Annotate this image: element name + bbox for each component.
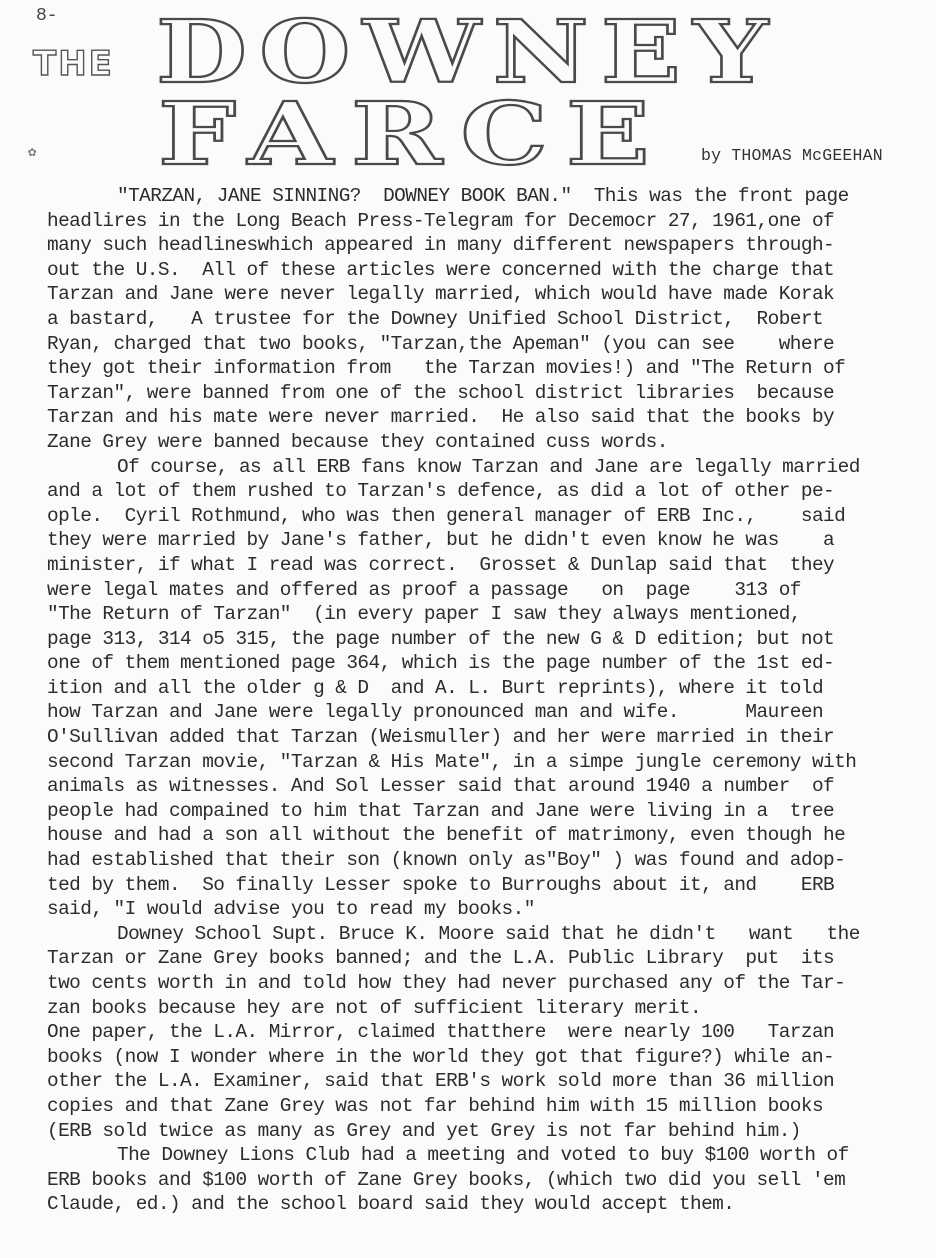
article-line: they were married by Jane's father, but … xyxy=(47,528,936,553)
article-line: Tarzan or Zane Grey books banned; and th… xyxy=(47,946,936,971)
article-line: out the U.S. All of these articles were … xyxy=(47,258,936,283)
title-the: THE xyxy=(33,44,114,84)
article-line: many such headlineswhich appeared in man… xyxy=(47,233,936,258)
article-line: ERB books and $100 worth of Zane Grey bo… xyxy=(47,1168,936,1193)
article-line: ople. Cyril Rothmund, who was then gener… xyxy=(47,504,936,529)
byline: by THOMAS McGEEHAN xyxy=(701,146,883,165)
article-line: books (now I wonder where in the world t… xyxy=(47,1045,936,1070)
article-line: minister, if what I read was correct. Gr… xyxy=(47,553,936,578)
article-line: Tarzan and Jane were never legally marri… xyxy=(47,282,936,307)
article-line: other the L.A. Examiner, said that ERB's… xyxy=(47,1069,936,1094)
article-line: Zane Grey were banned because they conta… xyxy=(47,430,936,455)
article-line: O'Sullivan added that Tarzan (Weismuller… xyxy=(47,725,936,750)
article-line: Downey School Supt. Bruce K. Moore said … xyxy=(47,922,936,947)
article-line: Tarzan and his mate were never married. … xyxy=(47,405,936,430)
article-line: page 313, 314 o5 315, the page number of… xyxy=(47,627,936,652)
article-line: a bastard, A trustee for the Downey Unif… xyxy=(47,307,936,332)
article-line: ition and all the older g & D and A. L. … xyxy=(47,676,936,701)
article-line: "The Return of Tarzan" (in every paper I… xyxy=(47,602,936,627)
ink-smudge-icon: ✿ xyxy=(28,144,36,161)
article-line: Of course, as all ERB fans know Tarzan a… xyxy=(47,455,936,480)
article-line: headlires in the Long Beach Press-Telegr… xyxy=(47,209,936,234)
article-body: "TARZAN, JANE SINNING? DOWNEY BOOK BAN."… xyxy=(47,184,936,1217)
article-line: two cents worth in and told how they had… xyxy=(47,971,936,996)
article-line: animals as witnesses. And Sol Lesser sai… xyxy=(47,774,936,799)
article-line: copies and that Zane Grey was not far be… xyxy=(47,1094,936,1119)
article-line: (ERB sold twice as many as Grey and yet … xyxy=(47,1119,936,1144)
article-line: house and had a son all without the bene… xyxy=(47,823,936,848)
article-line: how Tarzan and Jane were legally pronoun… xyxy=(47,700,936,725)
article-line: zan books because hey are not of suffici… xyxy=(47,996,936,1021)
article-line: Tarzan", were banned from one of the sch… xyxy=(47,381,936,406)
article-line: Ryan, charged that two books, "Tarzan,th… xyxy=(47,332,936,357)
article-line: Claude, ed.) and the school board said t… xyxy=(47,1192,936,1217)
article-line: they got their information from the Tarz… xyxy=(47,356,936,381)
article-line: One paper, the L.A. Mirror, claimed that… xyxy=(47,1020,936,1045)
title-farce: FARCE xyxy=(158,92,668,178)
article-line: people had compained to him that Tarzan … xyxy=(47,799,936,824)
article-line: and a lot of them rushed to Tarzan's def… xyxy=(47,479,936,504)
article-line: "TARZAN, JANE SINNING? DOWNEY BOOK BAN."… xyxy=(47,184,936,209)
article-line: one of them mentioned page 364, which is… xyxy=(47,651,936,676)
article-line: were legal mates and offered as proof a … xyxy=(47,578,936,603)
article-line: The Downey Lions Club had a meeting and … xyxy=(47,1143,936,1168)
article-line: ted by them. So finally Lesser spoke to … xyxy=(47,873,936,898)
article-line: second Tarzan movie, "Tarzan & His Mate"… xyxy=(47,750,936,775)
page-number: 8- xyxy=(36,6,58,26)
article-line: said, "I would advise you to read my boo… xyxy=(47,897,936,922)
article-line: had established that their son (known on… xyxy=(47,848,936,873)
